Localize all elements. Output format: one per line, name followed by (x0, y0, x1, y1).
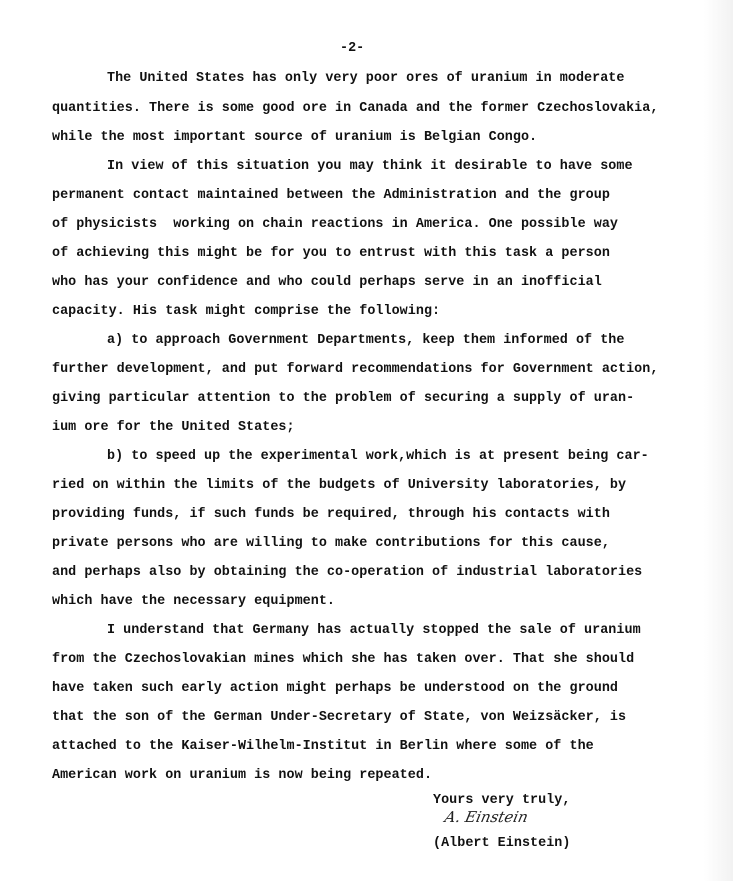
typed-name: (Albert Einstein) (433, 836, 570, 852)
text-line: of physicists working on chain reactions… (52, 217, 618, 233)
text-line: and perhaps also by obtaining the co-ope… (52, 565, 642, 581)
text-line: I understand that Germany has actually s… (107, 623, 641, 639)
text-line: attached to the Kaiser-Wilhelm-Institut … (52, 739, 594, 755)
text-line: quantities. There is some good ore in Ca… (52, 101, 658, 117)
text-line: further development, and put forward rec… (52, 362, 658, 378)
text-line: ium ore for the United States; (52, 420, 295, 436)
text-line: In view of this situation you may think … (107, 159, 633, 175)
page-number: -2- (340, 41, 364, 57)
text-line: American work on uranium is now being re… (52, 768, 432, 784)
text-line: The United States has only very poor ore… (107, 71, 624, 87)
text-line: have taken such early action might perha… (52, 681, 618, 697)
text-line: permanent contact maintained between the… (52, 188, 610, 204)
closing-salutation: Yours very truly, (433, 793, 570, 809)
text-line: giving particular attention to the probl… (52, 391, 634, 407)
text-line: a) to approach Government Departments, k… (107, 333, 624, 349)
handwritten-signature: A. Einstein (443, 808, 530, 826)
text-line: while the most important source of urani… (52, 130, 537, 146)
text-line: of achieving this might be for you to en… (52, 246, 610, 262)
text-line: that the son of the German Under-Secreta… (52, 710, 626, 726)
text-line: which have the necessary equipment. (52, 594, 335, 610)
text-line: who has your confidence and who could pe… (52, 275, 602, 291)
letter-page: -2- The United States has only very poor… (0, 0, 733, 881)
text-line: private persons who are willing to make … (52, 536, 610, 552)
text-line: b) to speed up the experimental work,whi… (107, 449, 649, 465)
text-line: capacity. His task might comprise the fo… (52, 304, 440, 320)
text-line: from the Czechoslovakian mines which she… (52, 652, 634, 668)
text-line: providing funds, if such funds be requir… (52, 507, 610, 523)
text-line: ried on within the limits of the budgets… (52, 478, 626, 494)
